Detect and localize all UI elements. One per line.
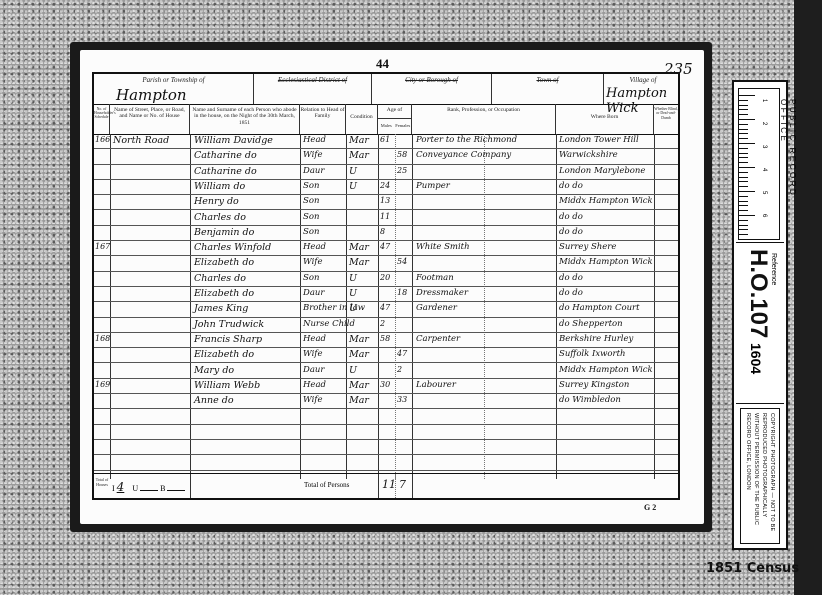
occupation: Pumper: [416, 181, 450, 191]
ruler-tick: [739, 210, 748, 211]
person-name: Elizabeth do: [194, 257, 254, 268]
village-label: Village of: [604, 76, 682, 84]
census-row: Benjamin doSon8do do: [94, 226, 678, 241]
female-age: 54: [397, 257, 407, 266]
occupation: Footman: [416, 273, 454, 283]
relation-to-head: Daur: [303, 166, 324, 176]
col-birthplace: Where Born: [556, 104, 654, 134]
census-row: John TrudwickNurse Child2do Shepperton: [94, 318, 678, 333]
birthplace: do Shepperton: [559, 319, 623, 329]
census-rows: 166North RoadWilliam DavidgeHeadMar61Por…: [94, 134, 678, 479]
female-age: 25: [397, 166, 407, 175]
male-age: 61: [380, 135, 390, 144]
parish-label: Parish or Township of: [94, 76, 253, 84]
person-name: Elizabeth do: [194, 288, 254, 299]
grid-line: [412, 474, 413, 498]
schedule-number: 166: [95, 135, 110, 144]
person-name: Catharine do: [194, 150, 257, 161]
birthplace: Middx Hampton Wick: [559, 365, 653, 375]
total-houses-label: Total of Houses: [95, 478, 109, 487]
census-row: Catharine doDaurU25London Marylebone: [94, 165, 678, 180]
relation-to-head: Son: [303, 212, 319, 222]
ruler-tick: [739, 215, 755, 216]
occupation: Conveyance Company: [416, 150, 511, 160]
census-row: Elizabeth doDaurU18Dressmakerdo do: [94, 287, 678, 302]
copyright-text: COPYRIGHT PHOTOGRAPH — NOT TO BE REPRODU…: [744, 413, 776, 543]
male-age: 58: [380, 334, 390, 343]
relation-to-head: Nurse Child: [303, 319, 355, 329]
marital-condition: Mar: [349, 380, 369, 391]
relation-to-head: Daur: [303, 288, 324, 298]
houses-inhabited-label: I: [112, 484, 115, 493]
census-row: [94, 409, 678, 424]
ruler-number: 5: [761, 191, 767, 194]
ruler-tick: [739, 143, 755, 144]
male-age: 11: [380, 212, 390, 221]
form-code: G 2: [644, 503, 656, 512]
person-name: Elizabeth do: [194, 349, 254, 360]
person-name: Francis Sharp: [194, 334, 262, 345]
birthplace: Middx Hampton Wick: [559, 196, 653, 206]
person-name: Henry do: [194, 196, 239, 207]
marital-condition: U: [349, 166, 357, 177]
female-age: 18: [397, 288, 407, 297]
census-row: 168Francis SharpHeadMar58CarpenterBerksh…: [94, 333, 678, 348]
relation-to-head: Daur: [303, 365, 324, 375]
total-females: 7: [399, 478, 406, 491]
marital-condition: U: [349, 365, 357, 376]
relation-to-head: Head: [303, 135, 326, 145]
measurement-scale: PUBLIC RECORD OFFICE 123456: [738, 88, 780, 240]
col-name: Name and Surname of each Person who abod…: [190, 104, 300, 134]
city-label: City or Borough of: [372, 76, 491, 84]
male-age: 30: [380, 380, 390, 389]
street-address: North Road: [113, 135, 169, 146]
relation-to-head: Wife: [303, 150, 322, 160]
female-age: 33: [397, 395, 407, 404]
total-persons-label: Total of Persons: [304, 481, 349, 489]
relation-to-head: Son: [303, 196, 319, 206]
ruler-tick: [739, 100, 748, 101]
ruler-tick: [739, 181, 748, 182]
ruler-tick: [739, 109, 748, 110]
birthplace: do do: [559, 181, 583, 191]
census-row: [94, 455, 678, 470]
col-street: Name of Street, Place, or Road, and Name…: [110, 104, 190, 134]
town-cell: Town of: [492, 74, 604, 104]
schedule-number: 169: [95, 380, 110, 389]
col-age-label: Age of: [378, 104, 411, 119]
ruler-tick: [739, 133, 748, 134]
relation-to-head: Wife: [303, 349, 322, 359]
ruler-tick: [739, 234, 748, 235]
census-row: Mary doDaurU2Middx Hampton Wick: [94, 364, 678, 379]
ruler-tick: [739, 167, 755, 168]
occupation: Porter to the Richmond: [416, 135, 517, 145]
ruler-number: 3: [761, 145, 767, 148]
ruler-tick: [739, 119, 755, 120]
col-occupation: Rank, Profession, or Occupation: [412, 104, 556, 134]
person-name: William Davidge: [194, 135, 273, 146]
ruler-tick: [739, 138, 748, 139]
birthplace: do do: [559, 212, 583, 222]
column-headers: No. of Householder's Schedule Name of St…: [94, 104, 678, 135]
grid-line: [395, 474, 396, 498]
relation-to-head: Son: [303, 273, 319, 283]
female-age: 58: [397, 150, 407, 159]
person-name: James King: [194, 303, 248, 314]
male-age: 2: [380, 319, 385, 328]
person-name: Catharine do: [194, 166, 257, 177]
col-age-females: Females: [395, 123, 412, 129]
relation-to-head: Head: [303, 334, 326, 344]
birthplace: do do: [559, 273, 583, 283]
marital-condition: Mar: [349, 334, 369, 345]
birthplace: do Hampton Court: [559, 303, 640, 313]
person-name: Charles do: [194, 273, 246, 284]
marital-condition: U: [349, 288, 357, 299]
birthplace: Berkshire Hurley: [559, 334, 633, 344]
person-name: Anne do: [194, 395, 234, 406]
ruler-tick: [739, 124, 748, 125]
marital-condition: Mar: [349, 150, 369, 161]
relation-to-head: Wife: [303, 395, 322, 405]
person-name: Charles do: [194, 212, 246, 223]
male-age: 47: [380, 303, 390, 312]
person-name: John Trudwick: [194, 319, 264, 330]
census-row: William doSonU24Pumperdo do: [94, 180, 678, 195]
male-age: 24: [380, 181, 390, 190]
ruler-tick: [739, 148, 748, 149]
location-header: Parish or Township of Hampton Ecclesiast…: [94, 74, 678, 105]
male-age: 47: [380, 242, 390, 251]
census-row: Elizabeth doWifeMar47Suffolk Ixworth: [94, 348, 678, 363]
pro-reference-strip: PUBLIC RECORD OFFICE 123456 H.O.107 Refe…: [732, 80, 788, 550]
col-relation: Relation to Head of Family: [300, 104, 346, 134]
relation-to-head: Head: [303, 242, 326, 252]
census-row: Catharine doWifeMar58Conveyance CompanyW…: [94, 149, 678, 164]
grid-line: [378, 474, 379, 498]
ecclesiastical-cell: Ecclesiastical District of: [254, 74, 372, 104]
occupation: White Smith: [416, 242, 470, 252]
ruler-tick: [739, 157, 748, 158]
uninhabited-label: U: [132, 484, 138, 493]
census-row: Charles doSon11do do: [94, 211, 678, 226]
male-age: 13: [380, 196, 390, 205]
female-age: 2: [397, 365, 402, 374]
ruler-tick: [739, 191, 755, 192]
person-name: Mary do: [194, 365, 234, 376]
marital-condition: U: [349, 273, 357, 284]
ruler-tick: [739, 95, 755, 96]
marital-condition: U: [349, 181, 357, 192]
birthplace: London Tower Hill: [559, 135, 639, 145]
ruler-number: 6: [761, 214, 767, 217]
totals-row: Total of Houses I 4 U B Total of Persons…: [94, 473, 678, 498]
occupation: Dressmaker: [416, 288, 468, 298]
occupation: Carpenter: [416, 334, 460, 344]
birthplace: Surrey Kingston: [559, 380, 629, 390]
col-condition: Condition: [346, 104, 378, 134]
parish-cell: Parish or Township of Hampton: [94, 74, 254, 104]
parish-value: Hampton: [116, 86, 187, 104]
ruler-tick: [739, 205, 748, 206]
person-name: William Webb: [194, 380, 260, 391]
ruler-tick: [739, 162, 748, 163]
ruler-tick: [739, 229, 748, 230]
relation-to-head: Son: [303, 181, 319, 191]
copyright-notice: COPYRIGHT PHOTOGRAPH — NOT TO BE REPRODU…: [740, 408, 780, 544]
col-schedule: No. of Householder's Schedule: [94, 104, 110, 134]
birthplace: Surrey Shere: [559, 242, 616, 252]
ruler-tick: [739, 105, 748, 106]
reference-label: Reference: [770, 253, 777, 285]
census-row: Charles doSonU20Footmando do: [94, 272, 678, 287]
col-infirmity: Whether Blind, or Deaf-and-Dumb: [654, 104, 678, 134]
town-label: Town of: [492, 76, 603, 84]
col-age-males: Males: [378, 123, 395, 129]
ruler-tick: [739, 201, 748, 202]
ruler-number: 2: [761, 122, 767, 125]
relation-to-head: Son: [303, 227, 319, 237]
male-age: 20: [380, 273, 390, 282]
ecclesiastical-label: Ecclesiastical District of: [254, 76, 371, 84]
city-cell: City or Borough of: [372, 74, 492, 104]
reference-piece: 1604: [748, 343, 764, 374]
female-age: 47: [397, 349, 407, 358]
birthplace: Warwickshire: [559, 150, 618, 160]
ruler-tick: [739, 129, 748, 130]
census-row: Anne doWifeMar33do Wimbledon: [94, 394, 678, 409]
census-row: James KingBrother in lawU47Gardenerdo Ha…: [94, 302, 678, 317]
relation-to-head: Wife: [303, 257, 322, 267]
grid-line: [190, 474, 191, 498]
reference-block: H.O.107 Reference 1604: [736, 242, 784, 404]
schedule-number: 167: [95, 242, 110, 251]
census-row: [94, 440, 678, 455]
occupation: Labourer: [416, 380, 456, 390]
marital-condition: Mar: [349, 242, 369, 253]
image-caption: 1851 Census: [706, 561, 799, 576]
census-row: [94, 425, 678, 440]
marital-condition: Mar: [349, 135, 369, 146]
birthplace: do Wimbledon: [559, 395, 621, 405]
census-sheet: Parish or Township of Hampton Ecclesiast…: [92, 72, 680, 500]
ruler-tick: [739, 225, 748, 226]
reference-class: H.O.107: [744, 249, 772, 338]
marital-condition: Mar: [349, 349, 369, 360]
relation-to-head: Head: [303, 380, 326, 390]
ruler-tick: [739, 186, 748, 187]
marital-condition: Mar: [349, 395, 369, 406]
birthplace: London Marylebone: [559, 166, 645, 176]
ruler-number: 1: [761, 99, 767, 102]
ruler-tick: [739, 114, 748, 115]
ruler-tick: [739, 220, 748, 221]
person-name: Benjamin do: [194, 227, 254, 238]
ruler-tick: [739, 196, 748, 197]
birthplace: do do: [559, 227, 583, 237]
census-row: 166North RoadWilliam DavidgeHeadMar61Por…: [94, 134, 678, 149]
male-age: 8: [380, 227, 385, 236]
ruler-number: 4: [761, 168, 767, 171]
birthplace: Middx Hampton Wick: [559, 257, 653, 267]
census-row: 167Charles WinfoldHeadMar47White SmithSu…: [94, 241, 678, 256]
total-males: 11: [382, 478, 396, 491]
occupation: Gardener: [416, 303, 457, 313]
marital-condition: U: [349, 303, 357, 314]
birthplace: do do: [559, 288, 583, 298]
scan-dark-edge: [794, 0, 822, 595]
ruler-tick: [739, 177, 748, 178]
birthplace: Suffolk Ixworth: [559, 349, 626, 359]
col-age: Age of Males Females: [378, 104, 412, 134]
census-row: 169William WebbHeadMar30LabourerSurrey K…: [94, 379, 678, 394]
schedule-number: 168: [95, 334, 110, 343]
page-number: 44: [376, 56, 389, 72]
person-name: William do: [194, 181, 245, 192]
ruler-tick: [739, 153, 748, 154]
building-label: B: [160, 484, 165, 493]
houses-summary: I 4 U B: [112, 480, 185, 494]
houses-inhabited-value: 4: [117, 480, 125, 494]
census-row: Henry doSon13Middx Hampton Wick: [94, 195, 678, 210]
person-name: Charles Winfold: [194, 242, 271, 253]
ruler-title: PUBLIC RECORD OFFICE: [779, 99, 797, 239]
marital-condition: Mar: [349, 257, 369, 268]
village-cell: Village of Hampton Wick: [604, 74, 682, 104]
census-row: Elizabeth doWifeMar54Middx Hampton Wick: [94, 256, 678, 271]
ruler-tick: [739, 172, 748, 173]
